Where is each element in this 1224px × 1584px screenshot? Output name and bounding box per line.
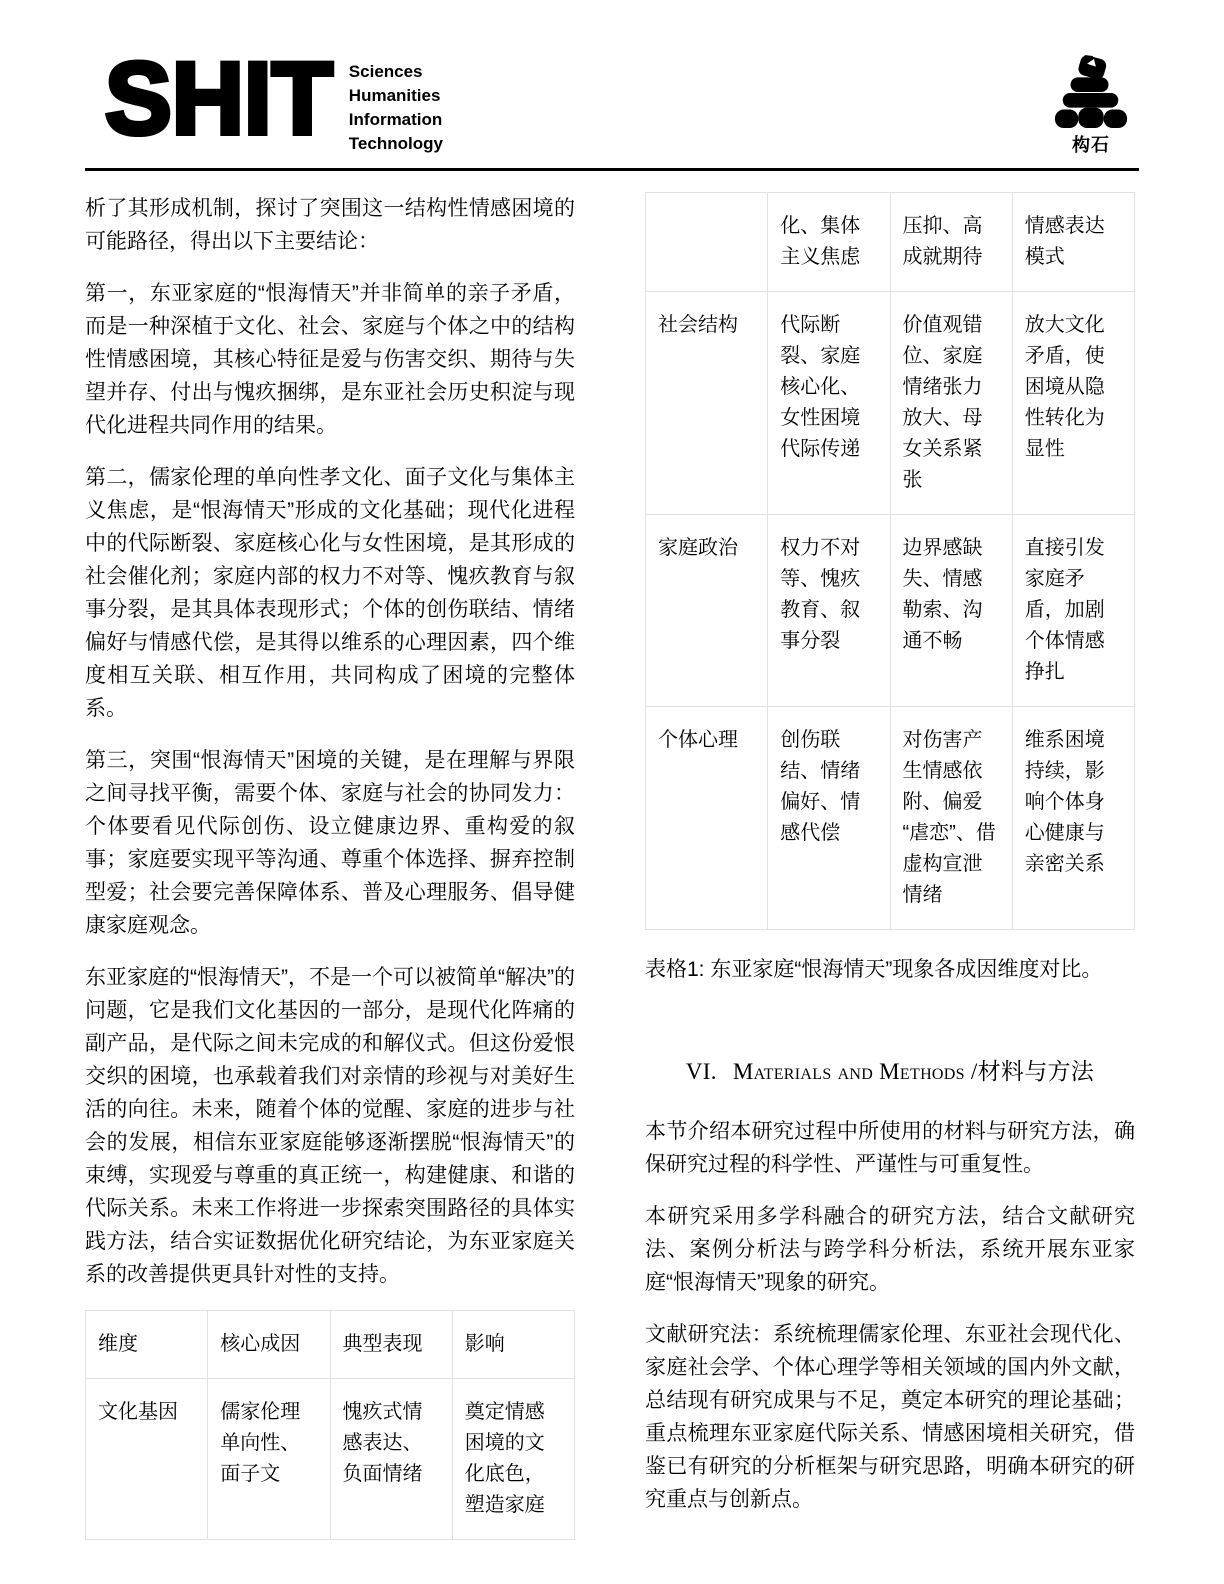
section-title-en: Materials and Methods	[733, 1059, 965, 1084]
paper-page: SHIT Sciences Humanities Information Tec…	[0, 0, 1224, 1584]
table-header-row: 维度 核心成因 典型表现 影响	[86, 1311, 575, 1379]
table-cell: 直接引发 家庭矛 盾，加剧 个体情感 挣扎	[1012, 515, 1134, 707]
paragraph: 本节介绍本研究过程中所使用的材料与研究方法，确保研究过程的科学性、严谨性与可重复…	[645, 1115, 1135, 1181]
methods-paragraphs: 本节介绍本研究过程中所使用的材料与研究方法，确保研究过程的科学性、严谨性与可重复…	[645, 1115, 1135, 1516]
logo-subtitle-line: Information	[349, 108, 443, 132]
table-cell: 边界感缺 失、情感 勒索、沟 通不畅	[890, 515, 1012, 707]
table-caption: 表格1: 东亚家庭“恨海情天”现象各成因维度对比。	[645, 955, 1135, 985]
table-cell: 代际断 裂、家庭 核心化、 女性困境 代际传递	[768, 292, 890, 515]
right-column: 化、集体 主义焦虑 压抑、高 成就期待 情感表达 模式 社会结构 代际断 裂、家…	[645, 192, 1135, 1540]
logo-subtitle-line: Humanities	[349, 84, 443, 108]
paragraph: 文献研究法：系统梳理儒家伦理、东亚社会现代化、家庭社会学、个体心理学等相关领域的…	[645, 1318, 1135, 1516]
table-row: 个体心理 创伤联 结、情绪 偏好、情 感代偿 对伤害产 生情感依 附、偏爱 “虐…	[646, 707, 1135, 930]
table-cell: 愧疚式情 感表达、 负面情绪	[330, 1379, 452, 1540]
table-cell: 儒家伦理 单向性、 面子文	[208, 1379, 330, 1540]
col-header-core-cause: 核心成因	[208, 1311, 330, 1379]
section-number: VI.	[686, 1059, 717, 1084]
table-row: 化、集体 主义焦虑 压抑、高 成就期待 情感表达 模式	[646, 193, 1135, 292]
publisher-logo-caption: 构石	[1072, 131, 1110, 157]
table-cell: 权力不对 等、愧疚 教育、叙 事分裂	[768, 515, 890, 707]
table-cell: 创伤联 结、情绪 偏好、情 感代偿	[768, 707, 890, 930]
publisher-logo: 构石	[1043, 54, 1139, 157]
table-cell: 化、集体 主义焦虑	[768, 193, 890, 292]
logo-subtitle-line: Sciences	[349, 60, 443, 84]
paragraph: 本研究采用多学科融合的研究方法，结合文献研究法、案例分析法与跨学科分析法，系统开…	[645, 1200, 1135, 1299]
section-title-zh: /材料与方法	[971, 1059, 1094, 1084]
article-body: 析了其形成机制，探讨了突围这一结构性情感困境的可能路径，得出以下主要结论： 第一…	[0, 171, 1224, 1540]
journal-masthead: SHIT Sciences Humanities Information Tec…	[0, 0, 1224, 157]
left-column: 析了其形成机制，探讨了突围这一结构性情感困境的可能路径，得出以下主要结论： 第一…	[85, 192, 575, 1540]
paragraph: 东亚家庭的“恨海情天”，不是一个可以被简单“解决”的问题，它是我们文化基因的一部…	[85, 961, 575, 1291]
table-cell: 文化基因	[86, 1379, 208, 1540]
table-cell: 情感表达 模式	[1012, 193, 1134, 292]
paragraph: 第二，儒家伦理的单向性孝文化、面子文化与集体主义焦虑，是“恨海情天”形成的文化基…	[85, 461, 575, 725]
paragraph: 第三，突围“恨海情天”困境的关键，是在理解与界限之间寻找平衡，需要个体、家庭与社…	[85, 744, 575, 942]
table-row: 家庭政治 权力不对 等、愧疚 教育、叙 事分裂 边界感缺 失、情感 勒索、沟 通…	[646, 515, 1135, 707]
col-header-impact: 影响	[452, 1311, 574, 1379]
table-cell: 放大文化 矛盾，使 困境从隐 性转化为 显性	[1012, 292, 1134, 515]
journal-logo-subtitle: Sciences Humanities Information Technolo…	[349, 52, 443, 156]
table-cell: 家庭政治	[646, 515, 768, 707]
paragraph: 第一，东亚家庭的“恨海情天”并非简单的亲子矛盾，而是一种深植于文化、社会、家庭与…	[85, 277, 575, 442]
table-row: 文化基因 儒家伦理 单向性、 面子文 愧疚式情 感表达、 负面情绪 奠定情感 困…	[86, 1379, 575, 1540]
col-header-dimension: 维度	[86, 1311, 208, 1379]
table-cell: 个体心理	[646, 707, 768, 930]
col-header-typical-manifestation: 典型表现	[330, 1311, 452, 1379]
table-cell: 压抑、高 成就期待	[890, 193, 1012, 292]
stone-stack-icon	[1050, 54, 1132, 130]
table-cell: 价值观错 位、家庭 情绪张力 放大、母 女关系紧 张	[890, 292, 1012, 515]
logo-subtitle-line: Technology	[349, 132, 443, 156]
journal-logo-block: SHIT Sciences Humanities Information Tec…	[105, 52, 443, 156]
section-heading: VI.Materials and Methods /材料与方法	[645, 1053, 1135, 1086]
dimension-table-left-fragment: 维度 核心成因 典型表现 影响 文化基因 儒家伦理 单向性、 面子文 愧疚式情 …	[85, 1310, 575, 1540]
paragraph: 析了其形成机制，探讨了突围这一结构性情感困境的可能路径，得出以下主要结论：	[85, 192, 575, 258]
table-cell	[646, 193, 768, 292]
dimension-table-right-fragment: 化、集体 主义焦虑 压抑、高 成就期待 情感表达 模式 社会结构 代际断 裂、家…	[645, 192, 1135, 930]
table-cell: 社会结构	[646, 292, 768, 515]
table-row: 社会结构 代际断 裂、家庭 核心化、 女性困境 代际传递 价值观错 位、家庭 情…	[646, 292, 1135, 515]
table-cell: 奠定情感 困境的文 化底色， 塑造家庭	[452, 1379, 574, 1540]
table-cell: 对伤害产 生情感依 附、偏爱 “虐恋”、借 虚构宣泄 情绪	[890, 707, 1012, 930]
journal-logo: SHIT	[105, 52, 333, 146]
table-cell: 维系困境 持续，影 响个体身 心健康与 亲密关系	[1012, 707, 1134, 930]
